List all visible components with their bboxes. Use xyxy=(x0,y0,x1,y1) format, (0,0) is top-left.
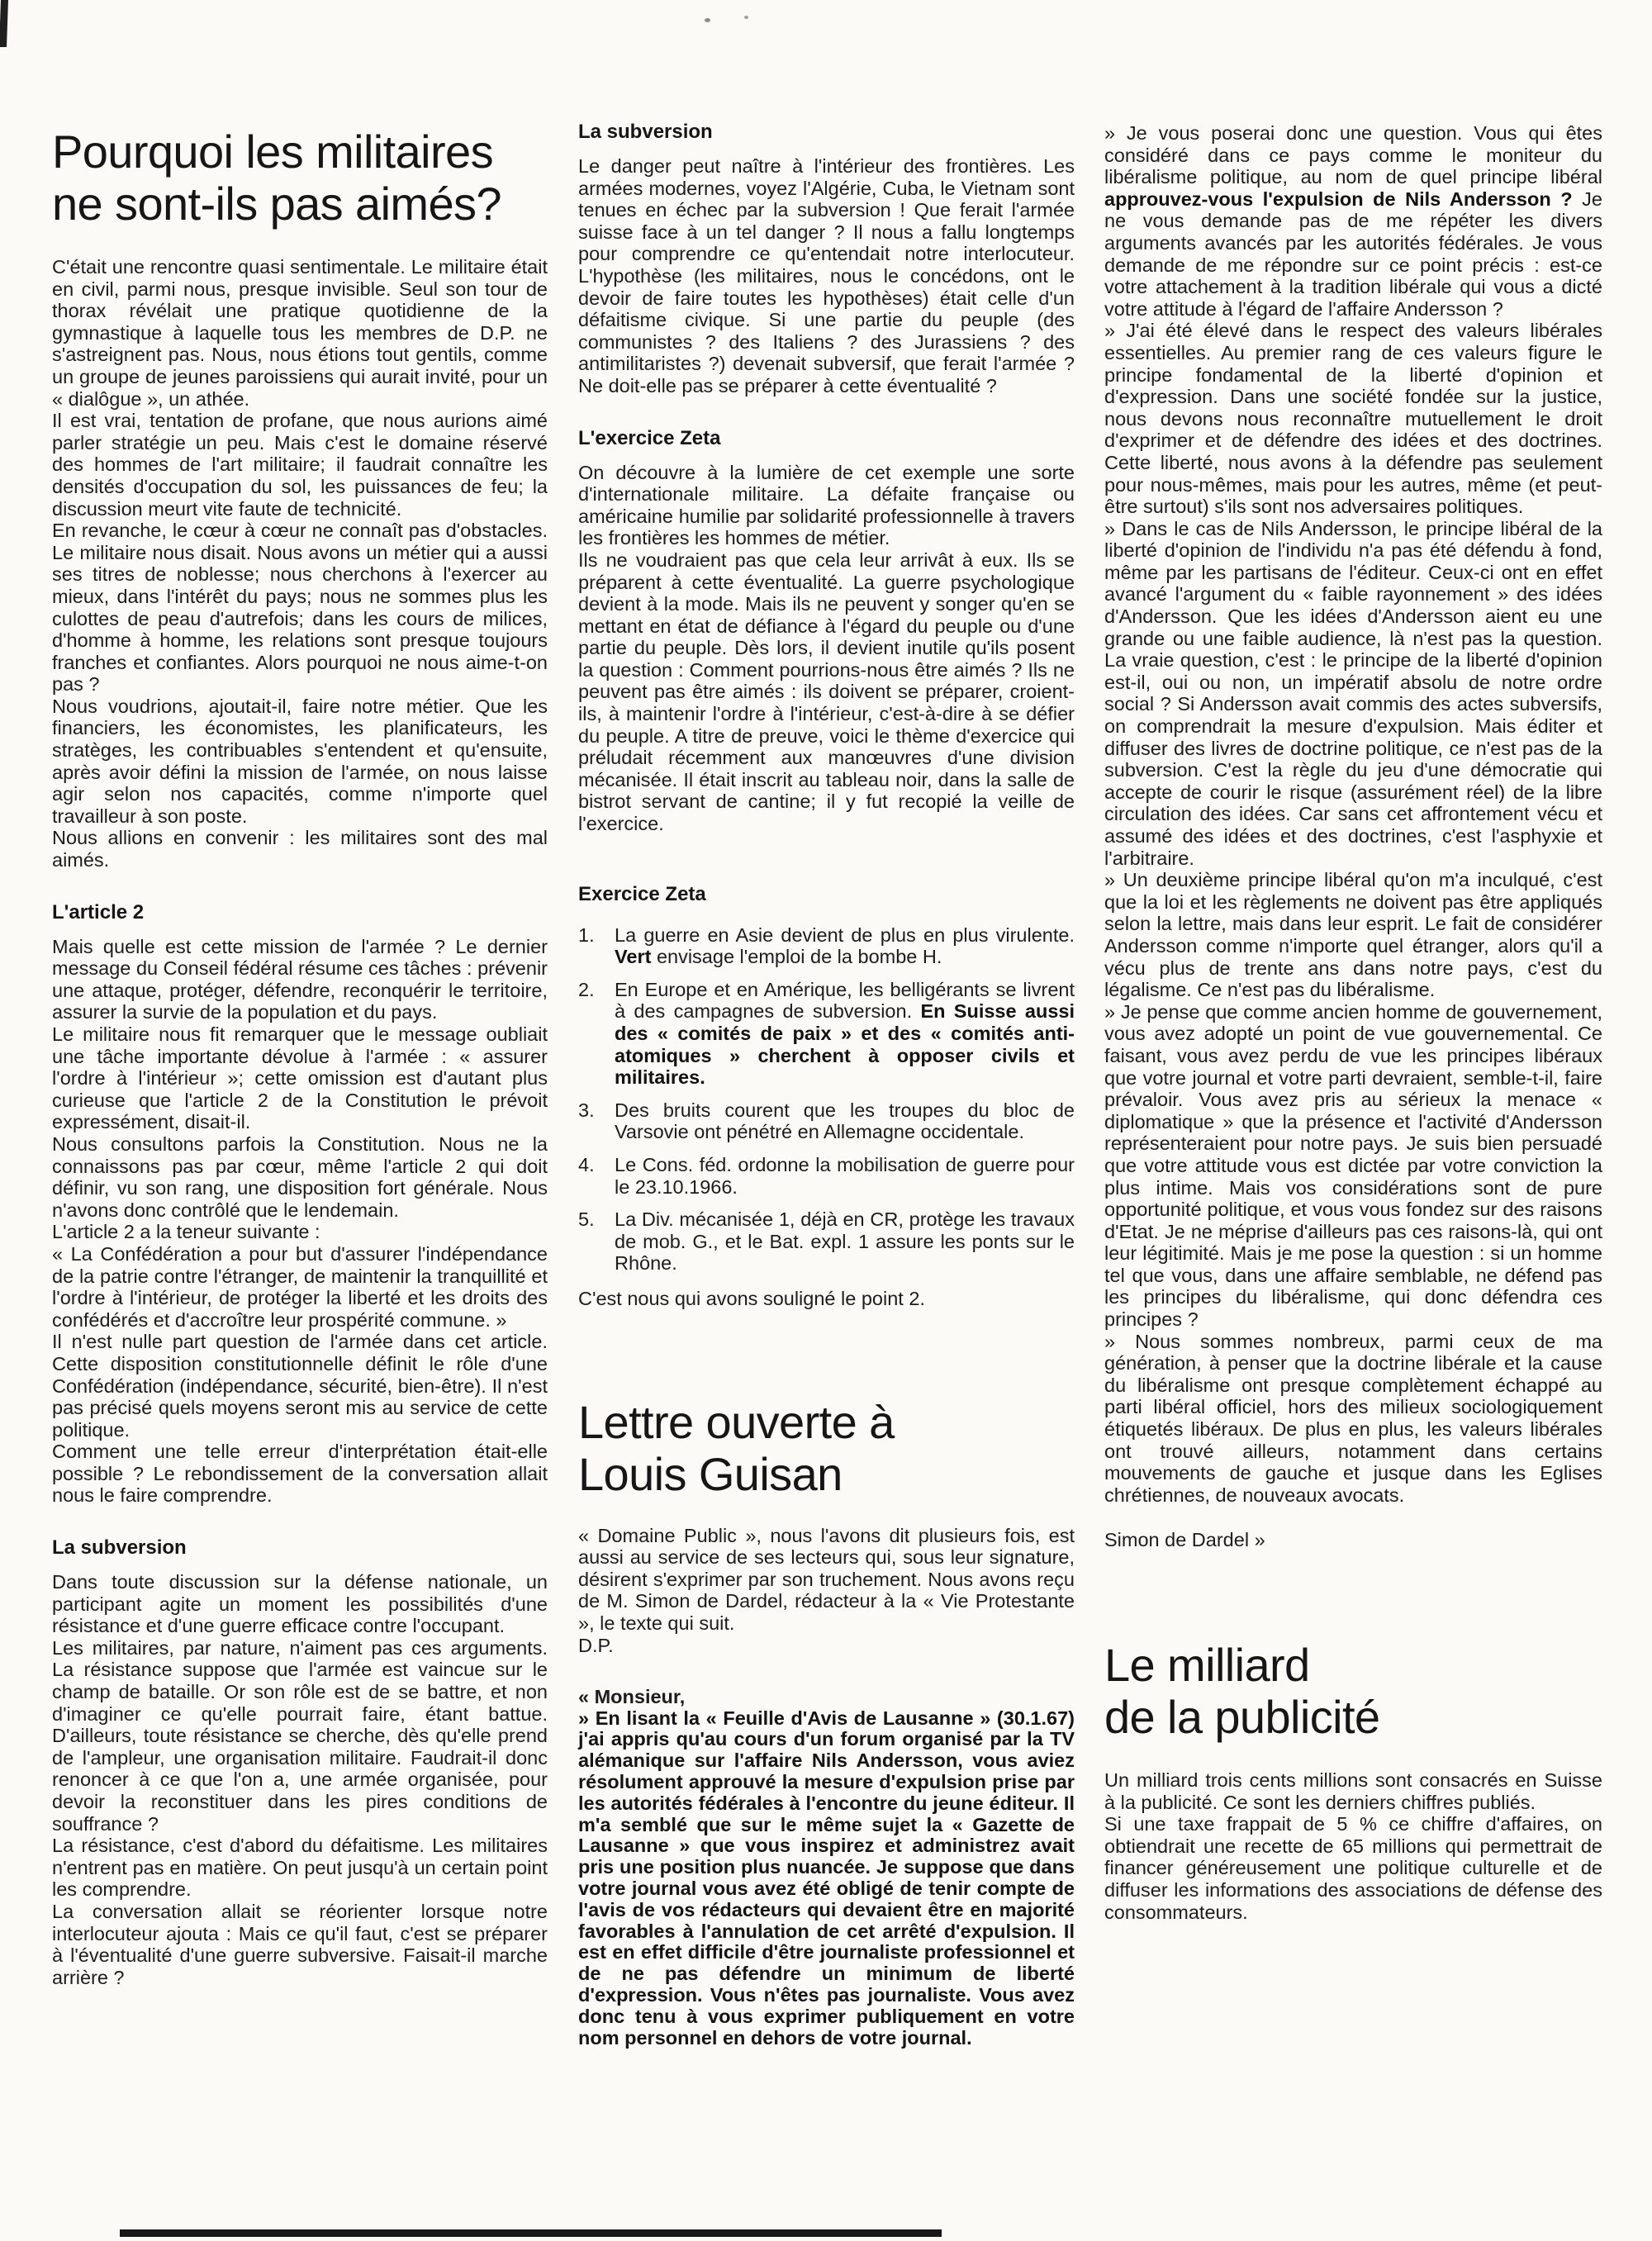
article-body: » Je vous poserai donc une question. Vou… xyxy=(1104,122,1602,1923)
paragraph: En revanche, le cœur à cœur ne connaît p… xyxy=(52,520,548,696)
letter-body-bold: » En lisant la « Feuille d'Avis de Lausa… xyxy=(578,1708,1075,2049)
column-middle: La subversion Le danger peut naître à l'… xyxy=(578,0,1075,2049)
paragraph: Les militaires, par nature, n'aiment pas… xyxy=(52,1637,548,1835)
title-line: de la publicité xyxy=(1104,1691,1379,1743)
editor-note: C'est nous qui avons souligné le point 2… xyxy=(578,1288,1075,1310)
section-heading-exercice-zeta: L'exercice Zeta xyxy=(578,427,1075,450)
exercise-heading: Exercice Zeta xyxy=(578,883,1075,906)
paragraph: Le danger peut naître à l'intérieur des … xyxy=(578,155,1075,397)
paragraph: Le militaire nous fit remarquer que le m… xyxy=(52,1023,548,1133)
exercise-item-1: 1. La guerre en Asie devient de plus en … xyxy=(578,924,1075,968)
paragraph: On découvre à la lumière de cet exemple … xyxy=(578,462,1075,549)
scan-artifact-speck xyxy=(705,18,710,22)
letter-intro: « Domaine Public », nous l'avons dit plu… xyxy=(578,1525,1075,1635)
exercise-item-3: 3. Des bruits courent que les troupes du… xyxy=(578,1099,1075,1143)
text-run: Des bruits courent que les troupes du bl… xyxy=(615,1099,1075,1143)
article-title-lettre-ouverte: Lettre ouverte à Louis Guisan xyxy=(578,1396,1075,1500)
exercise-item-5: 5. La Div. mécanisée 1, déjà en CR, prot… xyxy=(578,1208,1075,1275)
text-run-bold: Vert xyxy=(615,946,651,967)
exercise-item-number: 5. xyxy=(578,1208,595,1231)
title-line: ne sont-ils pas aimés? xyxy=(52,178,501,230)
editor-signature: D.P. xyxy=(578,1635,1075,1657)
paragraph: Si une taxe frappait de 5 % ce chiffre d… xyxy=(1104,1813,1602,1923)
paragraph: Il est vrai, tentation de profane, que n… xyxy=(52,410,548,520)
paragraph: Il n'est nulle part question de l'armée … xyxy=(52,1331,548,1441)
exercise-item-number: 2. xyxy=(578,979,595,1001)
article-title-milliard: Le milliard de la publicité xyxy=(1104,1639,1602,1743)
paragraph: Ils ne voudraient pas que cela leur arri… xyxy=(578,549,1075,835)
letter-salutation: « Monsieur, xyxy=(578,1686,1075,1708)
exercise-item-text: Le Cons. féd. ordonne la mobilisation de… xyxy=(615,1154,1075,1198)
text-run: » Je vous poserai donc une question. Vou… xyxy=(1104,122,1602,188)
column-left: Pourquoi les militaires ne sont-ils pas … xyxy=(52,0,548,1988)
paragraph: Comment une telle erreur d'interprétatio… xyxy=(52,1441,548,1507)
section-heading-subversion-mid: La subversion xyxy=(578,121,1075,144)
paragraph: Un milliard trois cents millions sont co… xyxy=(1104,1769,1602,1813)
text-run-bold: approuvez-vous l'expulsion de Nils Ander… xyxy=(1104,188,1573,210)
title-line: Lettre ouverte à xyxy=(578,1396,895,1448)
section-heading-subversion-left: La subversion xyxy=(52,1536,548,1560)
letter-paragraph: » Nous sommes nombreux, parmi ceux de ma… xyxy=(1104,1331,1602,1507)
title-line: Louis Guisan xyxy=(578,1448,843,1500)
paragraph: C'était une rencontre quasi sentimentale… xyxy=(52,256,548,410)
text-run: envisage l'emploi de la bombe H. xyxy=(651,946,942,967)
article-title-militaires: Pourquoi les militaires ne sont-ils pas … xyxy=(52,126,548,230)
letter-paragraph: » J'ai été élevé dans le respect des val… xyxy=(1104,320,1602,517)
paragraph: La conversation allait se réorienter lor… xyxy=(52,1901,548,1988)
paragraph: » En lisant la « Feuille d'Avis de Lausa… xyxy=(578,1708,1075,2049)
paragraph: Nous consultons parfois la Constitution.… xyxy=(52,1133,548,1221)
section-heading-article-2: L'article 2 xyxy=(52,901,548,924)
exercise-item-number: 3. xyxy=(578,1099,595,1122)
text-run: La guerre en Asie devient de plus en plu… xyxy=(615,924,1075,946)
title-line: Pourquoi les militaires xyxy=(52,126,493,178)
letter-signature: Simon de Dardel » xyxy=(1104,1529,1602,1551)
scanned-newspaper-page: { "scan": { "bg": "#fbfaf6", "ink": "#1d… xyxy=(0,0,1652,2241)
letter-paragraph: » Dans le cas de Nils Andersson, le prin… xyxy=(1104,518,1602,870)
paragraph: Nous voudrions, ajoutait-il, faire notre… xyxy=(52,696,548,828)
letter-paragraph: » Un deuxième principe libéral qu'on m'a… xyxy=(1104,869,1602,1001)
paragraph: Nous allions en convenir : les militaire… xyxy=(52,827,548,871)
paragraph: Dans toute discussion sur la défense nat… xyxy=(52,1571,548,1637)
article-body: C'était une rencontre quasi sentimentale… xyxy=(52,256,548,1988)
exercise-item-text: Des bruits courent que les troupes du bl… xyxy=(615,1099,1075,1143)
column-right: » Je vous poserai donc une question. Vou… xyxy=(1104,0,1602,1923)
exercise-item-2: 2. En Europe et en Amérique, les belligé… xyxy=(578,979,1075,1089)
letter-paragraph: » Je vous poserai donc une question. Vou… xyxy=(1104,122,1602,320)
paragraph: L'article 2 a la teneur suivante : xyxy=(52,1221,548,1243)
paragraph: Mais quelle est cette mission de l'armée… xyxy=(52,936,548,1023)
article-body: La subversion Le danger peut naître à l'… xyxy=(578,121,1075,2049)
exercise-item-text: En Europe et en Amérique, les belligéran… xyxy=(615,979,1075,1089)
title-line: Le milliard xyxy=(1104,1639,1310,1691)
scan-artifact-speck xyxy=(744,16,748,19)
text-run: La Div. mécanisée 1, déjà en CR, protège… xyxy=(615,1208,1075,1274)
paragraph: « La Confédération a pour but d'assurer … xyxy=(52,1243,548,1331)
paragraph: La résistance, c'est d'abord du défaitis… xyxy=(52,1835,548,1901)
text-run: Le Cons. féd. ordonne la mobilisation de… xyxy=(615,1154,1075,1198)
exercise-item-4: 4. Le Cons. féd. ordonne la mobilisation… xyxy=(578,1154,1075,1198)
exercise-item-number: 4. xyxy=(578,1154,595,1176)
scan-artifact-bottom-bar xyxy=(120,2229,942,2237)
exercise-item-text: La Div. mécanisée 1, déjà en CR, protège… xyxy=(615,1208,1075,1275)
exercise-item-number: 1. xyxy=(578,924,595,947)
exercise-item-text: La guerre en Asie devient de plus en plu… xyxy=(615,924,1075,968)
scan-artifact-corner-mark xyxy=(0,0,8,47)
letter-paragraph: » Je pense que comme ancien homme de gou… xyxy=(1104,1001,1602,1331)
